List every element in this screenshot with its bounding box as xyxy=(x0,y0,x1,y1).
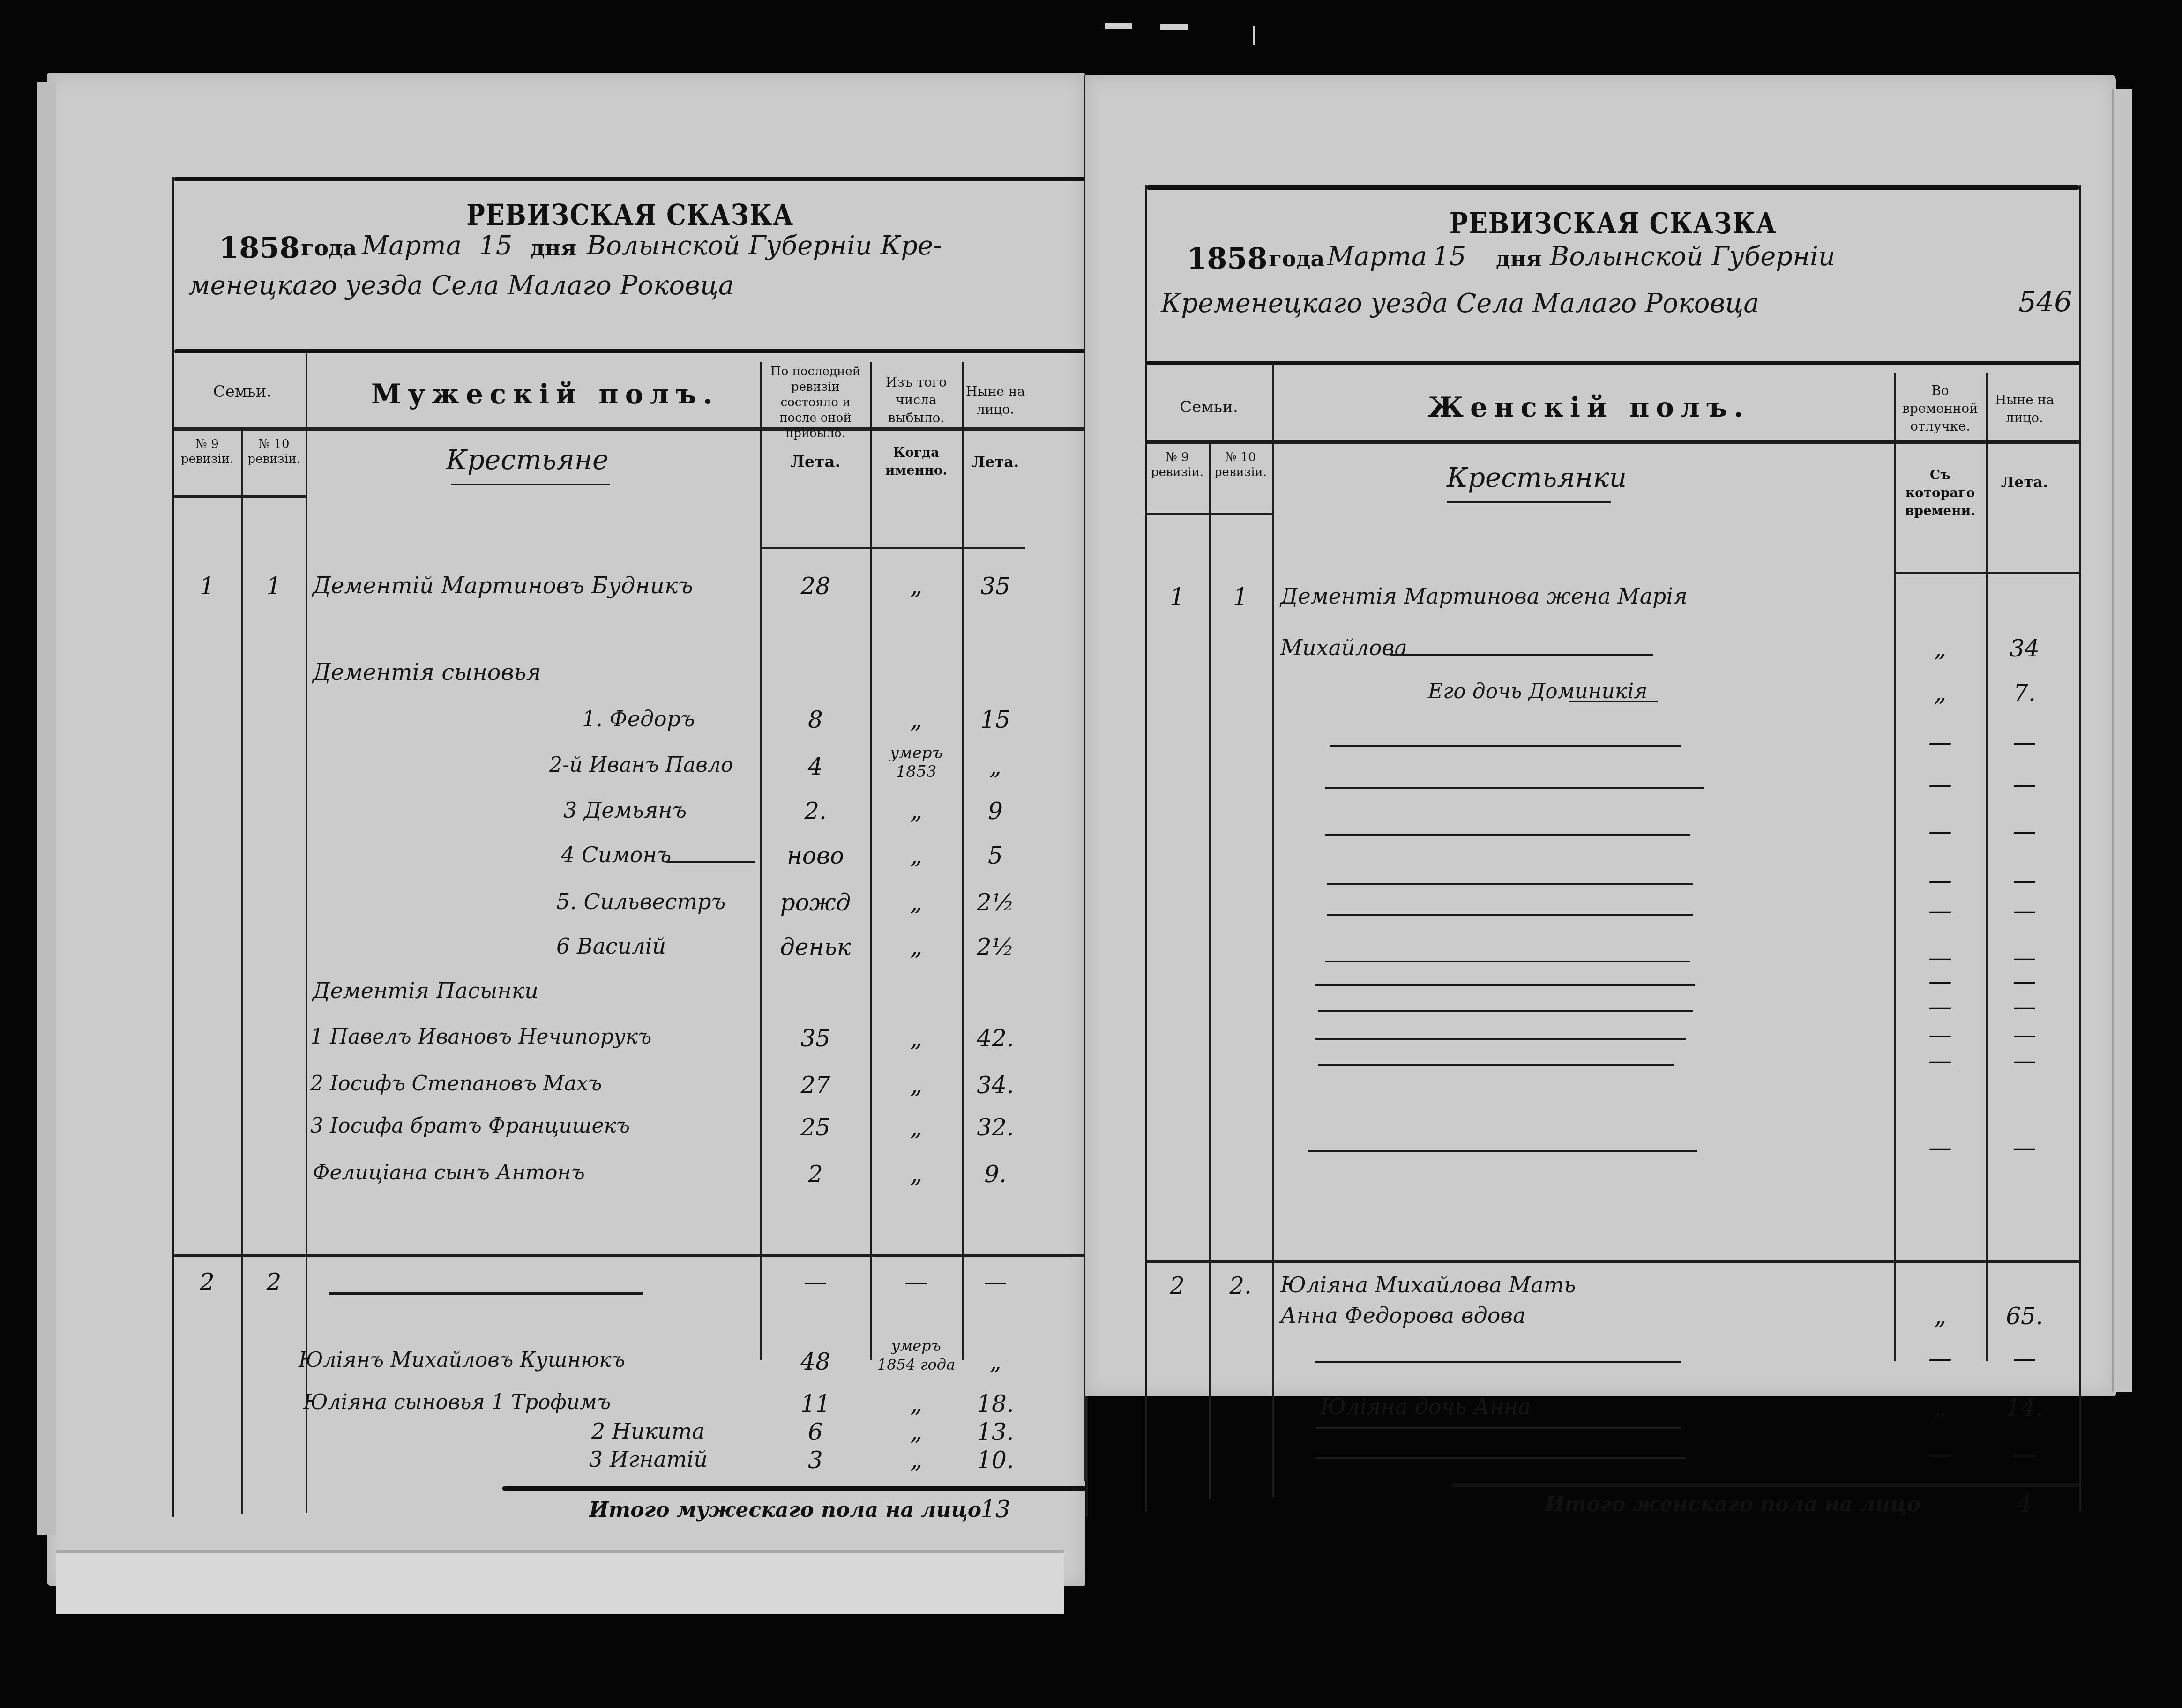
total-rule xyxy=(1451,1483,2079,1487)
age-last-revision: 27 xyxy=(761,1072,870,1099)
male-revision-form: РЕВИЗСКАЯ СКАЗКА 1858 года Марта 15 дня … xyxy=(172,177,1088,1517)
person-name: Юліянъ Михайловъ Кушнюкъ xyxy=(299,1348,625,1372)
age-now: 34 xyxy=(1987,635,2062,662)
empty-entry-line xyxy=(1318,1064,1674,1066)
col-divider xyxy=(1272,363,1274,1497)
person-name: 1. Федоръ xyxy=(582,706,695,731)
departed-value: „ xyxy=(871,889,961,916)
year-value: 1858 xyxy=(219,231,300,265)
year-word: года xyxy=(301,235,357,261)
empty-entry-line xyxy=(1327,914,1693,916)
departed-value: „ xyxy=(871,1072,961,1099)
person-name: Юліяна сыновья 1 Трофимъ xyxy=(303,1390,611,1414)
subheader-rule xyxy=(1147,440,2079,444)
group-label: Дементія сыновья xyxy=(313,659,541,686)
empty-entry-line xyxy=(1325,787,1704,789)
page-number: 546 xyxy=(2018,286,2072,319)
person-name: 3 Игнатій xyxy=(589,1447,708,1472)
age-now: — xyxy=(1987,993,2062,1021)
rev10-number: 2. xyxy=(1210,1272,1271,1299)
age-last-revision: 6 xyxy=(761,1418,870,1446)
age-now: „ xyxy=(963,1348,1028,1375)
month-value: Марта xyxy=(1327,241,1427,272)
class-label: Крестьяне xyxy=(446,444,608,476)
header-rule xyxy=(1147,361,2079,365)
empty-entry-line xyxy=(1308,1150,1697,1152)
age-last-revision: 2. xyxy=(761,798,870,825)
day-word: дня xyxy=(1496,246,1542,271)
day-value: 15 xyxy=(1433,241,1466,272)
age-now: — xyxy=(1987,1134,2062,1161)
age-now: — xyxy=(1987,818,2062,845)
fill-line xyxy=(666,861,755,863)
col-divider xyxy=(306,351,307,1513)
group-label: Дементія Пасынки xyxy=(313,978,538,1003)
right-page: РЕВИЗСКАЯ СКАЗКА 1858 года Марта 15 дня … xyxy=(1085,75,2116,1396)
person-name: 3 Демьянъ xyxy=(563,798,687,823)
absence-since: „ xyxy=(1896,635,1985,662)
province-value: Волынской Губерніи Кре- xyxy=(587,231,942,261)
folded-page-flap xyxy=(56,1550,1064,1614)
person-name: 3 Іосифа братъ Францишекъ xyxy=(310,1114,630,1138)
age-now: — xyxy=(1987,897,2062,925)
family-divider xyxy=(1147,1260,2079,1263)
departed-value: „ xyxy=(871,1418,961,1446)
subheader-rule xyxy=(1894,572,2079,574)
col-header-when: Когда именно. xyxy=(871,444,961,479)
year-value: 1858 xyxy=(1187,241,1268,276)
person-name: Анна Федорова вдова xyxy=(1280,1303,1526,1328)
empty-entry-line xyxy=(1315,1038,1686,1040)
person-name: Его дочь Доминикія xyxy=(1428,679,1647,703)
total-value: 13 xyxy=(963,1496,1028,1523)
age-now: — xyxy=(1987,867,2062,894)
fill-line xyxy=(1569,701,1658,702)
departed-value: умеръ 1854 года xyxy=(871,1336,961,1374)
col-header-years: Лета. xyxy=(761,453,870,471)
empty-entry-line xyxy=(329,1292,643,1295)
subheader-rule xyxy=(1147,513,1272,515)
class-label-underline xyxy=(451,484,610,485)
age-now: „ xyxy=(963,753,1028,780)
person-name: Михайлова xyxy=(1280,635,1407,660)
departed-value: умеръ 1853 xyxy=(871,744,961,781)
person-name: 6 Василій xyxy=(556,933,666,959)
binder-tab-mark xyxy=(1253,26,1255,45)
month-value: Марта xyxy=(362,231,462,261)
age-now: 32. xyxy=(963,1114,1028,1141)
age-now: 7. xyxy=(1987,679,2062,707)
departed-value: — xyxy=(871,1268,961,1296)
page-edge xyxy=(2112,89,2132,1392)
age-now: 34. xyxy=(963,1072,1028,1099)
total-rule xyxy=(502,1486,1086,1491)
col-header-male-sex: Мужескій полъ. xyxy=(371,378,719,410)
empty-entry-line xyxy=(1325,834,1690,836)
fill-line xyxy=(1390,654,1653,656)
col-header-rev9: № 9 ревизіи. xyxy=(1147,450,1208,480)
province-value: Волынской Губерніи xyxy=(1550,241,1835,272)
top-rule xyxy=(1147,185,2079,190)
age-now: 9 xyxy=(963,798,1028,825)
age-now: — xyxy=(1987,1022,2062,1049)
departed-value: „ xyxy=(871,573,961,600)
age-now: — xyxy=(1987,968,2062,995)
departed-value: „ xyxy=(871,1114,961,1141)
day-word: дня xyxy=(531,235,576,261)
absence-since: — xyxy=(1896,1047,1985,1074)
binder-tab-mark xyxy=(1105,23,1132,29)
age-now: 2½ xyxy=(963,889,1028,916)
absence-since: — xyxy=(1896,1441,1985,1468)
age-last-revision: 35 xyxy=(761,1025,870,1052)
total-label: Итого мужескаго пола на лицо xyxy=(589,1498,981,1522)
age-now: 15 xyxy=(963,706,1028,733)
age-last-revision: 11 xyxy=(761,1390,870,1417)
year-word: года xyxy=(1269,246,1324,271)
person-name: 5. Сильвестръ xyxy=(556,889,725,914)
absence-since: — xyxy=(1896,897,1985,925)
age-last-revision: 4 xyxy=(761,753,870,780)
age-now: 10. xyxy=(963,1447,1028,1474)
age-now: 9. xyxy=(963,1161,1028,1188)
rev10-number: 2 xyxy=(242,1268,306,1296)
person-name: 2-й Иванъ Павло xyxy=(549,753,733,777)
empty-entry-line xyxy=(1325,961,1690,962)
departed-value: „ xyxy=(871,798,961,825)
rev9-number: 1 xyxy=(1147,583,1208,611)
rev10-number: 1 xyxy=(1210,583,1271,611)
form-title: РЕВИЗСКАЯ СКАЗКА xyxy=(243,198,1017,232)
person-name: Юліяна Михайлова Мать xyxy=(1280,1272,1576,1298)
rev9-number: 2 xyxy=(174,1268,240,1296)
age-last-revision: 48 xyxy=(761,1348,870,1375)
col-header-present: Ныне на лицо. xyxy=(1987,391,2062,427)
left-page: РЕВИЗСКАЯ СКАЗКА 1858 года Марта 15 дня … xyxy=(47,73,1085,1586)
age-last-revision: 25 xyxy=(761,1114,870,1141)
class-label-underline xyxy=(1447,501,1611,503)
person-name: 4 Симонъ xyxy=(561,842,672,867)
departed-value: „ xyxy=(871,1161,961,1188)
empty-entry-line xyxy=(1315,984,1695,986)
absence-since: „ xyxy=(1896,1394,1985,1421)
form-title: РЕВИЗСКАЯ СКАЗКА xyxy=(1217,206,2010,240)
age-now: 2½ xyxy=(963,933,1028,961)
person-name: Юліяна дочь Анна xyxy=(1320,1394,1531,1419)
absence-since: — xyxy=(1896,1134,1985,1161)
absence-since: — xyxy=(1896,867,1985,894)
absence-since: „ xyxy=(1896,1303,1985,1330)
person-name: Дементія Мартинова жена Марія xyxy=(1280,583,1688,609)
col-header-now-years: Лета. xyxy=(1987,473,2062,491)
header-rule xyxy=(174,349,1086,353)
absence-since: — xyxy=(1896,771,1985,798)
age-now: 65. xyxy=(1987,1303,2062,1330)
subheader-rule xyxy=(174,495,306,498)
age-now: 5 xyxy=(963,842,1028,869)
empty-entry-line xyxy=(1330,745,1681,747)
col-header-family: Семьи. xyxy=(179,383,306,401)
subheader-rule xyxy=(760,547,1025,549)
rev9-number: 2 xyxy=(1147,1272,1208,1299)
col-header-departed: Изъ того числа выбыло. xyxy=(871,373,961,427)
empty-entry-line xyxy=(1315,1457,1686,1459)
age-now: — xyxy=(1987,771,2062,798)
departed-value: „ xyxy=(871,706,961,733)
person-name: 1 Павелъ Ивановъ Нечипорукъ xyxy=(310,1025,651,1049)
age-last-revision: рожд xyxy=(761,889,870,916)
age-last-revision: 8 xyxy=(761,706,870,733)
col-header-absence: Во временной отлучке. xyxy=(1896,382,1985,435)
col-header-rev10: № 10 ревизіи. xyxy=(1210,450,1271,480)
top-rule xyxy=(174,177,1086,181)
person-name: Фелиціана сынъ Антонъ xyxy=(313,1161,585,1185)
age-now: — xyxy=(1987,1441,2062,1468)
family-divider xyxy=(174,1254,1086,1257)
female-revision-form: РЕВИЗСКАЯ СКАЗКА 1858 года Марта 15 дня … xyxy=(1145,185,2081,1511)
col-header-present: Ныне на лицо. xyxy=(963,383,1028,418)
departed-value: „ xyxy=(871,1447,961,1474)
departed-value: „ xyxy=(871,842,961,869)
page-edge xyxy=(37,82,56,1535)
absence-since: — xyxy=(1896,1022,1985,1049)
col-header-rev9: № 9 ревизіи. xyxy=(174,437,240,467)
age-last-revision: 2 xyxy=(761,1161,870,1188)
departed-value: „ xyxy=(871,1025,961,1052)
col-header-female-sex: Женскій полъ. xyxy=(1428,391,1750,423)
person-name: 2 Іосифъ Степановъ Махъ xyxy=(310,1072,602,1096)
absence-since: — xyxy=(1896,993,1985,1021)
age-now: — xyxy=(1987,1047,2062,1074)
col-header-rev10: № 10 ревизіи. xyxy=(242,437,306,467)
rev9-number: 1 xyxy=(174,573,240,600)
rev10-number: 1 xyxy=(242,573,306,600)
total-label: Итого женскаго пола на лицо xyxy=(1545,1492,1920,1516)
age-now: 42. xyxy=(963,1025,1028,1052)
district-village-value: Кременецкаго уезда Села Малаго Роковца xyxy=(1161,288,1759,319)
person-name: Дементій Мартиновъ Будникъ xyxy=(313,573,693,599)
age-last-revision: деньк xyxy=(761,933,870,961)
age-now: 13. xyxy=(963,1418,1028,1446)
age-now: 14. xyxy=(1987,1394,2062,1421)
binder-tab-mark xyxy=(1160,24,1188,30)
col-header-now-years: Лета. xyxy=(963,453,1028,471)
age-last-revision: — xyxy=(761,1268,870,1296)
age-now: 35 xyxy=(963,573,1028,600)
district-village-value: менецкаго уезда Села Малаго Роковца xyxy=(188,270,734,301)
age-now: 18. xyxy=(963,1390,1028,1417)
age-last-revision: 3 xyxy=(761,1447,870,1474)
absence-since: „ xyxy=(1896,679,1985,707)
age-now: — xyxy=(1987,729,2062,756)
departed-value: „ xyxy=(871,1390,961,1417)
col-header-family: Семьи. xyxy=(1147,398,1271,416)
absence-since: — xyxy=(1896,968,1985,995)
class-label: Крестьянки xyxy=(1447,462,1627,493)
age-last-revision: ново xyxy=(761,842,870,869)
age-now: — xyxy=(1987,1345,2062,1372)
fill-line xyxy=(1315,1427,1681,1429)
age-last-revision: 28 xyxy=(761,573,870,600)
empty-entry-line xyxy=(1327,883,1693,885)
empty-entry-line xyxy=(1315,1361,1681,1363)
departed-value: „ xyxy=(871,933,961,961)
subheader-rule xyxy=(174,427,1086,431)
empty-entry-line xyxy=(1318,1010,1693,1012)
person-name: 2 Никита xyxy=(591,1418,705,1444)
absence-since: — xyxy=(1896,818,1985,845)
col-header-since: Съ котораго времени. xyxy=(1896,466,1985,520)
absence-since: — xyxy=(1896,1345,1985,1372)
age-now: — xyxy=(963,1268,1028,1296)
absence-since: — xyxy=(1896,729,1985,756)
day-value: 15 xyxy=(479,231,512,261)
total-value: 4 xyxy=(1987,1490,2062,1517)
